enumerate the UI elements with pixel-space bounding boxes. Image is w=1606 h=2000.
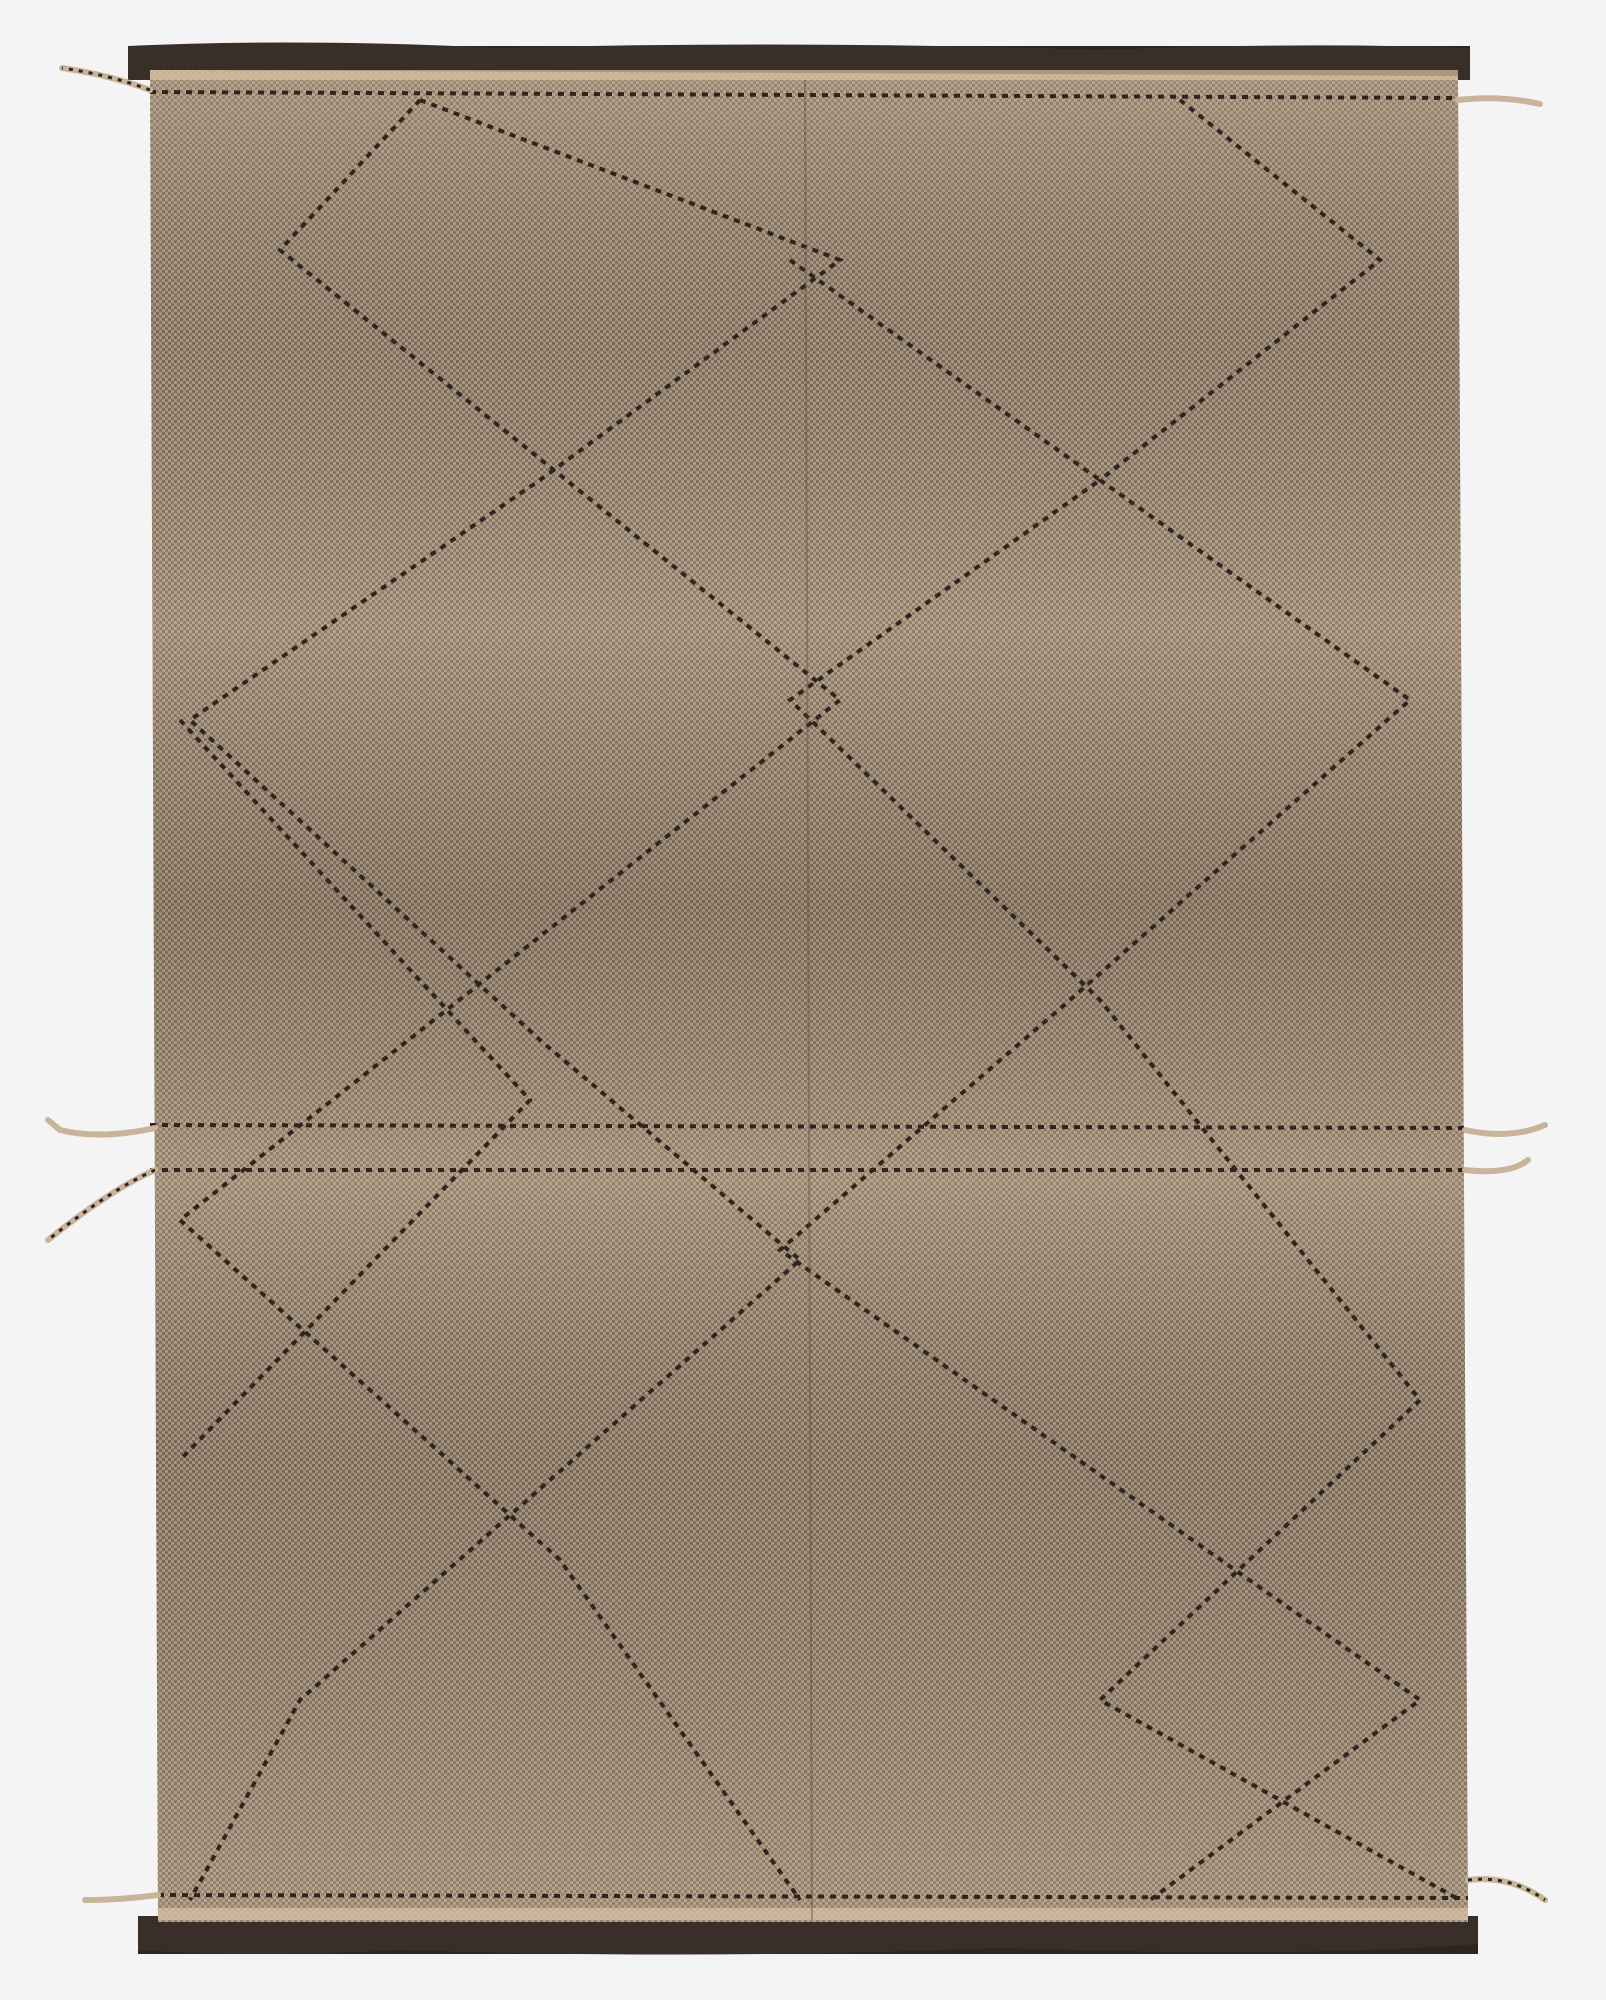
tie-bottom-right (1468, 1879, 1545, 1900)
tie-mid-left-1 (48, 1120, 155, 1135)
tie-mid-left-2 (48, 1170, 155, 1240)
tie-mid-right-1 (1465, 1125, 1545, 1134)
rug-photo (0, 0, 1606, 2000)
rug-illustration (0, 0, 1606, 2000)
tie-top-right (1458, 98, 1540, 104)
tie-bottom-left (85, 1895, 158, 1900)
tie-mid-right-2 (1465, 1160, 1528, 1171)
